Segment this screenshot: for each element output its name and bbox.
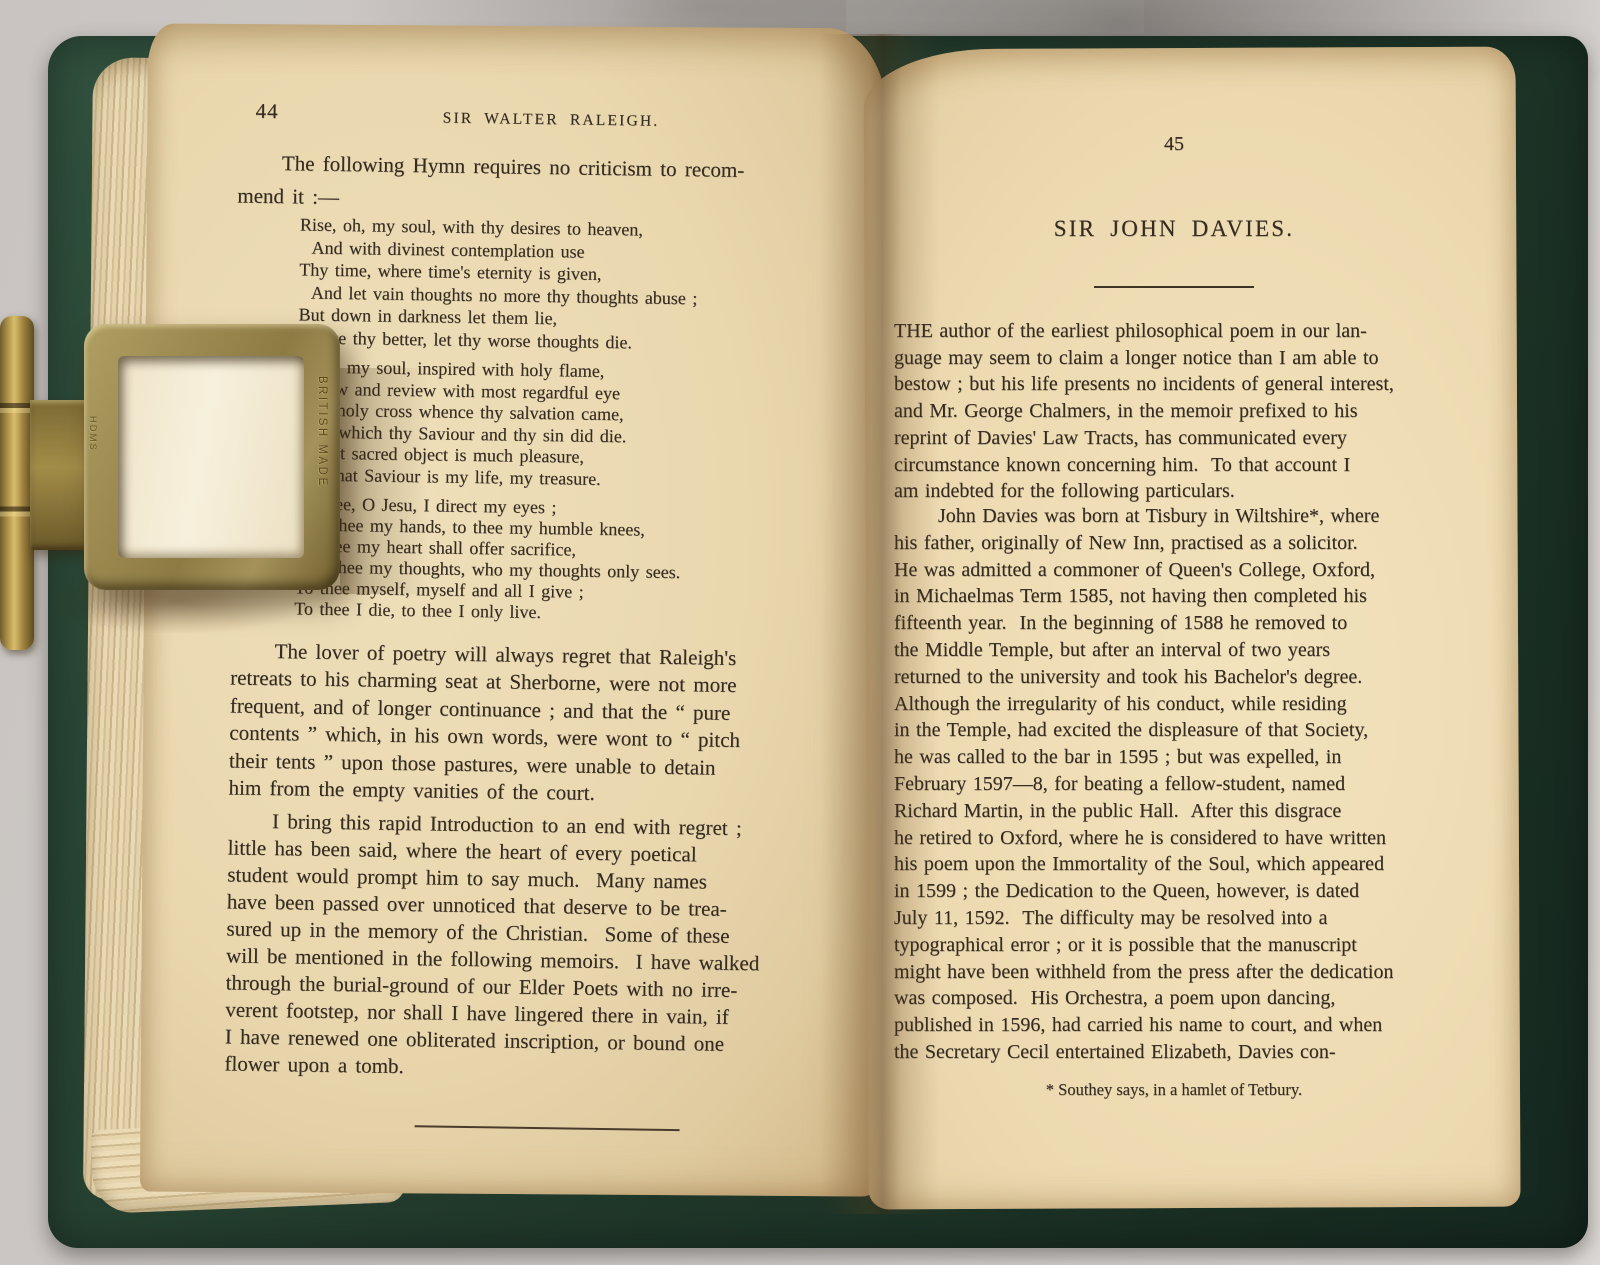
title-divider	[1094, 286, 1254, 288]
text-line: February 1597—8, for beating a fellow-st…	[894, 771, 1393, 798]
text-line: was composed. His Orchestra, a poem upon…	[894, 985, 1393, 1012]
left-paragraph-1: The lover of poetry will always regret t…	[228, 637, 741, 809]
text-line: reprint of Davies' Law Tracts, has commu…	[894, 425, 1394, 452]
intro-paragraph: The following Hymn requires no criticism…	[237, 147, 744, 221]
text-line: John Davies was born at Tisbury in Wilts…	[894, 503, 1393, 530]
text-line: in the Temple, had excited the displeasu…	[894, 717, 1393, 744]
text-line: fifteenth year. In the beginning of 1588…	[894, 610, 1393, 637]
text-line: published in 1596, had carried his name …	[894, 1012, 1393, 1039]
text-line: He was admitted a commoner of Queen's Co…	[894, 557, 1393, 584]
clasp-engraving-stem: HDMS	[87, 416, 98, 532]
clasp-cast-shadow-bottom	[58, 580, 360, 652]
biography-paragraph-2: John Davies was born at Tisbury in Wilts…	[894, 503, 1393, 1066]
biography-paragraph-1: THE author of the earliest philosophical…	[894, 318, 1394, 505]
text-line: he retired to Oxford, where he is consid…	[894, 825, 1393, 852]
clasp-engraving-british-made: BRITISH MADE	[316, 376, 328, 556]
text-line: circumstance known concerning him. To th…	[894, 452, 1394, 479]
text-line: guage may seem to claim a longer notice …	[894, 345, 1394, 372]
right-page-text: 45 SIR JOHN DAVIES. THE author of the ea…	[866, 48, 1518, 1208]
clasp-plate: BRITISH MADE HDMS	[84, 324, 340, 590]
text-line: in 1599 ; the Dedication to the Queen, h…	[894, 878, 1393, 905]
clasp-window	[118, 356, 304, 558]
text-line: Richard Martin, in the public Hall. Afte…	[894, 798, 1393, 825]
text-line: typographical error ; or it is possible …	[894, 932, 1393, 959]
text-line: July 11, 1592. The difficulty may be res…	[894, 905, 1393, 932]
clasp-cast-shadow-right	[340, 368, 458, 594]
chapter-title: SIR JOHN DAVIES.	[894, 216, 1454, 242]
text-line: his poem upon the Immortality of the Sou…	[894, 851, 1393, 878]
text-line: and Mr. George Chalmers, in the memoir p…	[894, 398, 1394, 425]
clasp-hinge	[0, 316, 34, 650]
text-line: am indebted for the following particular…	[894, 478, 1394, 505]
text-line: his father, originally of New Inn, pract…	[894, 530, 1393, 557]
text-line: the Secretary Cecil entertained Elizabet…	[894, 1039, 1393, 1066]
text-line: Although the irregularity of his conduct…	[894, 691, 1393, 718]
text-line: THE author of the earliest philosophical…	[894, 318, 1394, 345]
text-line: the Middle Temple, but after an interval…	[894, 637, 1393, 664]
hymn-stanza-1: Rise, oh, my soul, with thy desires to h…	[298, 213, 698, 354]
right-page-number: 45	[894, 133, 1454, 156]
text-line: might have been withheld from the press …	[894, 959, 1393, 986]
text-line: in Michaelmas Term 1585, not having then…	[894, 583, 1393, 610]
running-header: SIR WALTER RALEIGH.	[238, 107, 863, 134]
text-line: Give thy better, let thy worse thoughts …	[298, 326, 697, 355]
gutter-shadow	[820, 34, 940, 1214]
book-photograph: 44 SIR WALTER RALEIGH. The following Hym…	[0, 0, 1600, 1265]
clasp-stem	[30, 400, 88, 550]
text-line: bestow ; but his life presents no incide…	[894, 371, 1394, 398]
text-line: returned to the university and took his …	[894, 664, 1393, 691]
section-divider	[415, 1125, 680, 1131]
text-line: he was called to the bar in 1595 ; but w…	[894, 744, 1393, 771]
left-paragraph-2: I bring this rapid Introduction to an en…	[224, 807, 761, 1085]
footnote: * Southey says, in a hamlet of Tetbury.	[894, 1080, 1454, 1100]
